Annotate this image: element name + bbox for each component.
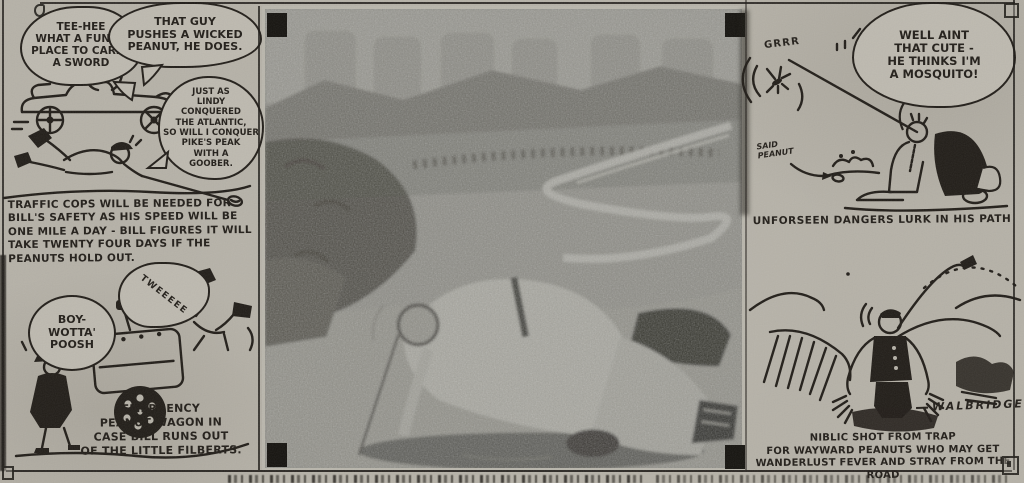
clipped-bottom-text (228, 475, 644, 483)
bubble-tail (146, 150, 170, 172)
edition-mark-top-right (1004, 3, 1019, 18)
clipped-bottom-text (656, 475, 1012, 483)
speech-bubble-wicked-peanut: THAT GUY PUSHES A WICKED PEANUT, HE DOES… (108, 2, 262, 68)
sand-trap-hatching (764, 330, 850, 400)
caption-traffic-cops: TRAFFIC COPS WILL BE NEEDED FOR BILL'S S… (8, 197, 259, 266)
left-photo-divider (258, 6, 260, 470)
speech-bubble-poosh: BOY- WOTTA' POOSH (28, 295, 116, 371)
bubble-tail (112, 80, 138, 104)
photo-right-divider (745, 0, 747, 470)
signature-dash (916, 406, 928, 408)
pikes-peak-photo (262, 6, 745, 471)
registration-mark-top-left (267, 13, 287, 37)
golf-club-icon (898, 255, 977, 328)
comic-strip-page: TEE-HEE WHAT A FUNNY PLACE TO CARRY A SW… (0, 0, 1024, 483)
rough-patch (956, 356, 1014, 393)
photo-art (265, 9, 742, 468)
registration-mark-bottom-right (725, 445, 745, 469)
edition-mark-bottom-right (1002, 456, 1019, 475)
page-mark-bottom-left (2, 466, 14, 480)
rocks (829, 150, 879, 175)
bubble-tail (894, 103, 912, 133)
sfx-whistle: TWEEEEE (138, 273, 189, 316)
top-rule (40, 2, 1015, 4)
speech-bubble-lindy: JUST AS LINDY CONQUERED THE ATLANTIC, SO… (158, 76, 264, 180)
page-mark-top-left (34, 4, 45, 17)
bottom-rule (6, 470, 1012, 472)
left-edge-smudge (0, 255, 6, 471)
bubble-tail (140, 63, 166, 89)
peanut-flight-arc (924, 267, 1016, 288)
registration-mark-bottom-left (267, 443, 287, 467)
caption-emergency-wagon: EMERGENCY PEANUT WAGON IN CASE BILL RUNS… (62, 401, 260, 459)
kneeling-man (857, 114, 927, 200)
caption-unforseen-dangers: UNFORSEEN DANGERS LURK IN HIS PATH (746, 213, 1018, 229)
speech-bubble-mosquito: WELL AINT THAT CUTE - HE THINKS I'M A MO… (852, 2, 1016, 108)
right-edge-rule (1013, 0, 1015, 470)
mosquito-icon (767, 67, 790, 93)
